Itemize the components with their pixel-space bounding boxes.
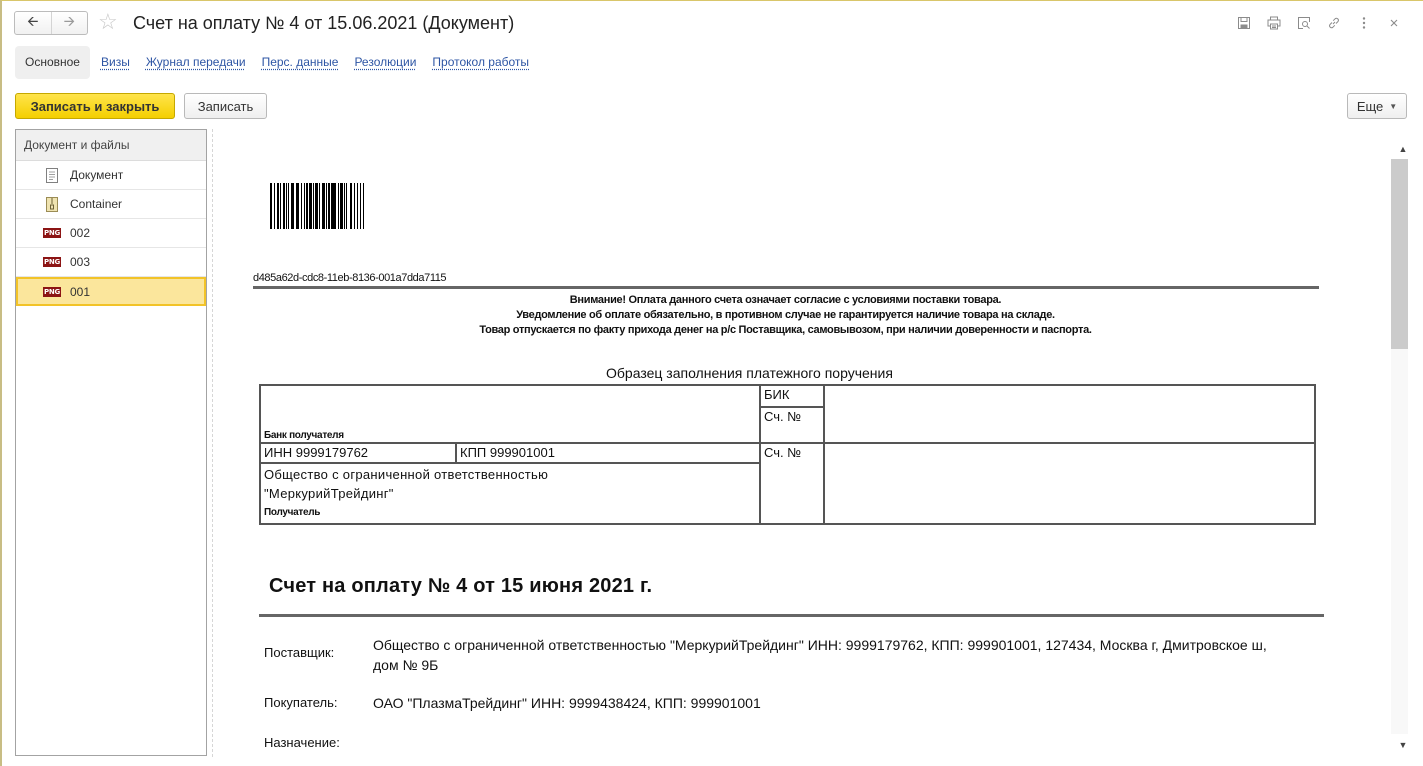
tab-visas[interactable]: Визы — [96, 46, 135, 79]
tab-personal-data[interactable]: Перс. данные — [257, 46, 344, 79]
bank-label: Банк получателя — [264, 430, 344, 441]
tab-work-log[interactable]: Протокол работы — [427, 46, 534, 79]
history-nav: 🡨 🡪 — [14, 11, 88, 35]
payment-sample-title: Образец заполнения платежного поручения — [606, 365, 893, 381]
buyer-label: Покупатель: — [264, 695, 337, 710]
kpp-cell: КПП 999901001 — [456, 443, 760, 463]
scroll-up-arrow[interactable]: ▲ — [1395, 144, 1411, 154]
payment-notice: Внимание! Оплата данного счета означает … — [253, 293, 1318, 338]
panel-splitter[interactable] — [212, 129, 213, 757]
file-item-container[interactable]: Container — [16, 190, 206, 219]
archive-icon — [43, 196, 61, 212]
bik-label: БИК — [760, 385, 824, 407]
barcode — [270, 183, 366, 229]
document-viewer: d485a62d-cdc8-11eb-8136-001a7dda7115 Вни… — [218, 141, 1410, 759]
chevron-down-icon: ▼ — [1389, 102, 1397, 111]
files-panel: Документ и файлы Документ Container PNG … — [15, 129, 207, 756]
divider — [253, 286, 1319, 289]
document-uid: d485a62d-cdc8-11eb-8136-001a7dda7115 — [253, 272, 446, 284]
png-file-icon: PNG — [43, 225, 61, 241]
save-icon[interactable] — [1229, 13, 1259, 33]
print-icon[interactable] — [1259, 13, 1289, 33]
tab-transfer-log[interactable]: Журнал передачи — [141, 46, 251, 79]
inn-cell: ИНН 9999179762 — [260, 443, 456, 463]
scroll-down-arrow[interactable]: ▼ — [1395, 740, 1411, 750]
title-divider — [259, 614, 1324, 617]
supplier-value: Общество с ограниченной ответственностью… — [373, 635, 1293, 675]
payment-sample-table: Банк получателя БИК Сч. № ИНН 9999179762… — [259, 384, 1316, 525]
file-item-label: 003 — [70, 255, 90, 269]
window-tools — [1229, 13, 1409, 33]
scrollbar-thumb[interactable] — [1391, 159, 1408, 349]
more-vertical-icon[interactable] — [1349, 13, 1379, 33]
file-item-document[interactable]: Документ — [16, 161, 206, 190]
purpose-label: Назначение: — [264, 735, 340, 750]
file-item-label: Container — [70, 197, 122, 211]
document-window: 🡨 🡪 ☆ Счет на оплату № 4 от 15.06.2021 (… — [0, 0, 1423, 766]
arrow-right-icon: 🡪 — [64, 11, 75, 35]
document-icon — [43, 167, 61, 183]
file-item-001[interactable]: PNG 001 — [16, 277, 206, 306]
bank-account-label: Сч. № — [760, 407, 824, 443]
form-tabs: Основное Визы Журнал передачи Перс. данн… — [15, 46, 540, 79]
preview-icon[interactable] — [1289, 13, 1319, 33]
file-item-002[interactable]: PNG 002 — [16, 219, 206, 248]
file-item-label: 001 — [70, 285, 90, 299]
file-item-003[interactable]: PNG 003 — [16, 248, 206, 277]
close-icon[interactable] — [1379, 13, 1409, 33]
save-and-close-button[interactable]: Записать и закрыть — [15, 93, 175, 119]
recipient-account-value — [824, 443, 1315, 524]
png-file-icon: PNG — [43, 254, 61, 270]
file-item-label: 002 — [70, 226, 90, 240]
more-button[interactable]: Еще ▼ — [1347, 93, 1407, 119]
bik-value — [824, 385, 1315, 443]
tab-resolutions[interactable]: Резолюции — [349, 46, 421, 79]
buyer-value: ОАО "ПлазмаТрейдинг" ИНН: 9999438424, КП… — [373, 693, 1293, 713]
invoice-title: Счет на оплату № 4 от 15 июня 2021 г. — [269, 575, 652, 598]
arrow-left-icon: 🡨 — [27, 11, 38, 35]
file-item-label: Документ — [70, 168, 123, 182]
back-button[interactable]: 🡨 — [15, 12, 51, 34]
window-title: Счет на оплату № 4 от 15.06.2021 (Докуме… — [133, 12, 514, 34]
vertical-scrollbar[interactable] — [1391, 159, 1408, 734]
star-icon[interactable]: ☆ — [98, 9, 118, 35]
recipient-account-label: Сч. № — [760, 443, 824, 524]
png-file-icon: PNG — [43, 284, 61, 300]
forward-button[interactable]: 🡪 — [51, 12, 88, 34]
link-icon[interactable] — [1319, 13, 1349, 33]
more-button-label: Еще — [1357, 99, 1383, 114]
supplier-label: Поставщик: — [264, 645, 334, 660]
tab-main[interactable]: Основное — [15, 46, 90, 79]
save-button[interactable]: Записать — [184, 93, 267, 119]
files-panel-header: Документ и файлы — [16, 130, 206, 161]
recipient-cell: Общество с ограниченной ответственностью… — [260, 463, 760, 524]
